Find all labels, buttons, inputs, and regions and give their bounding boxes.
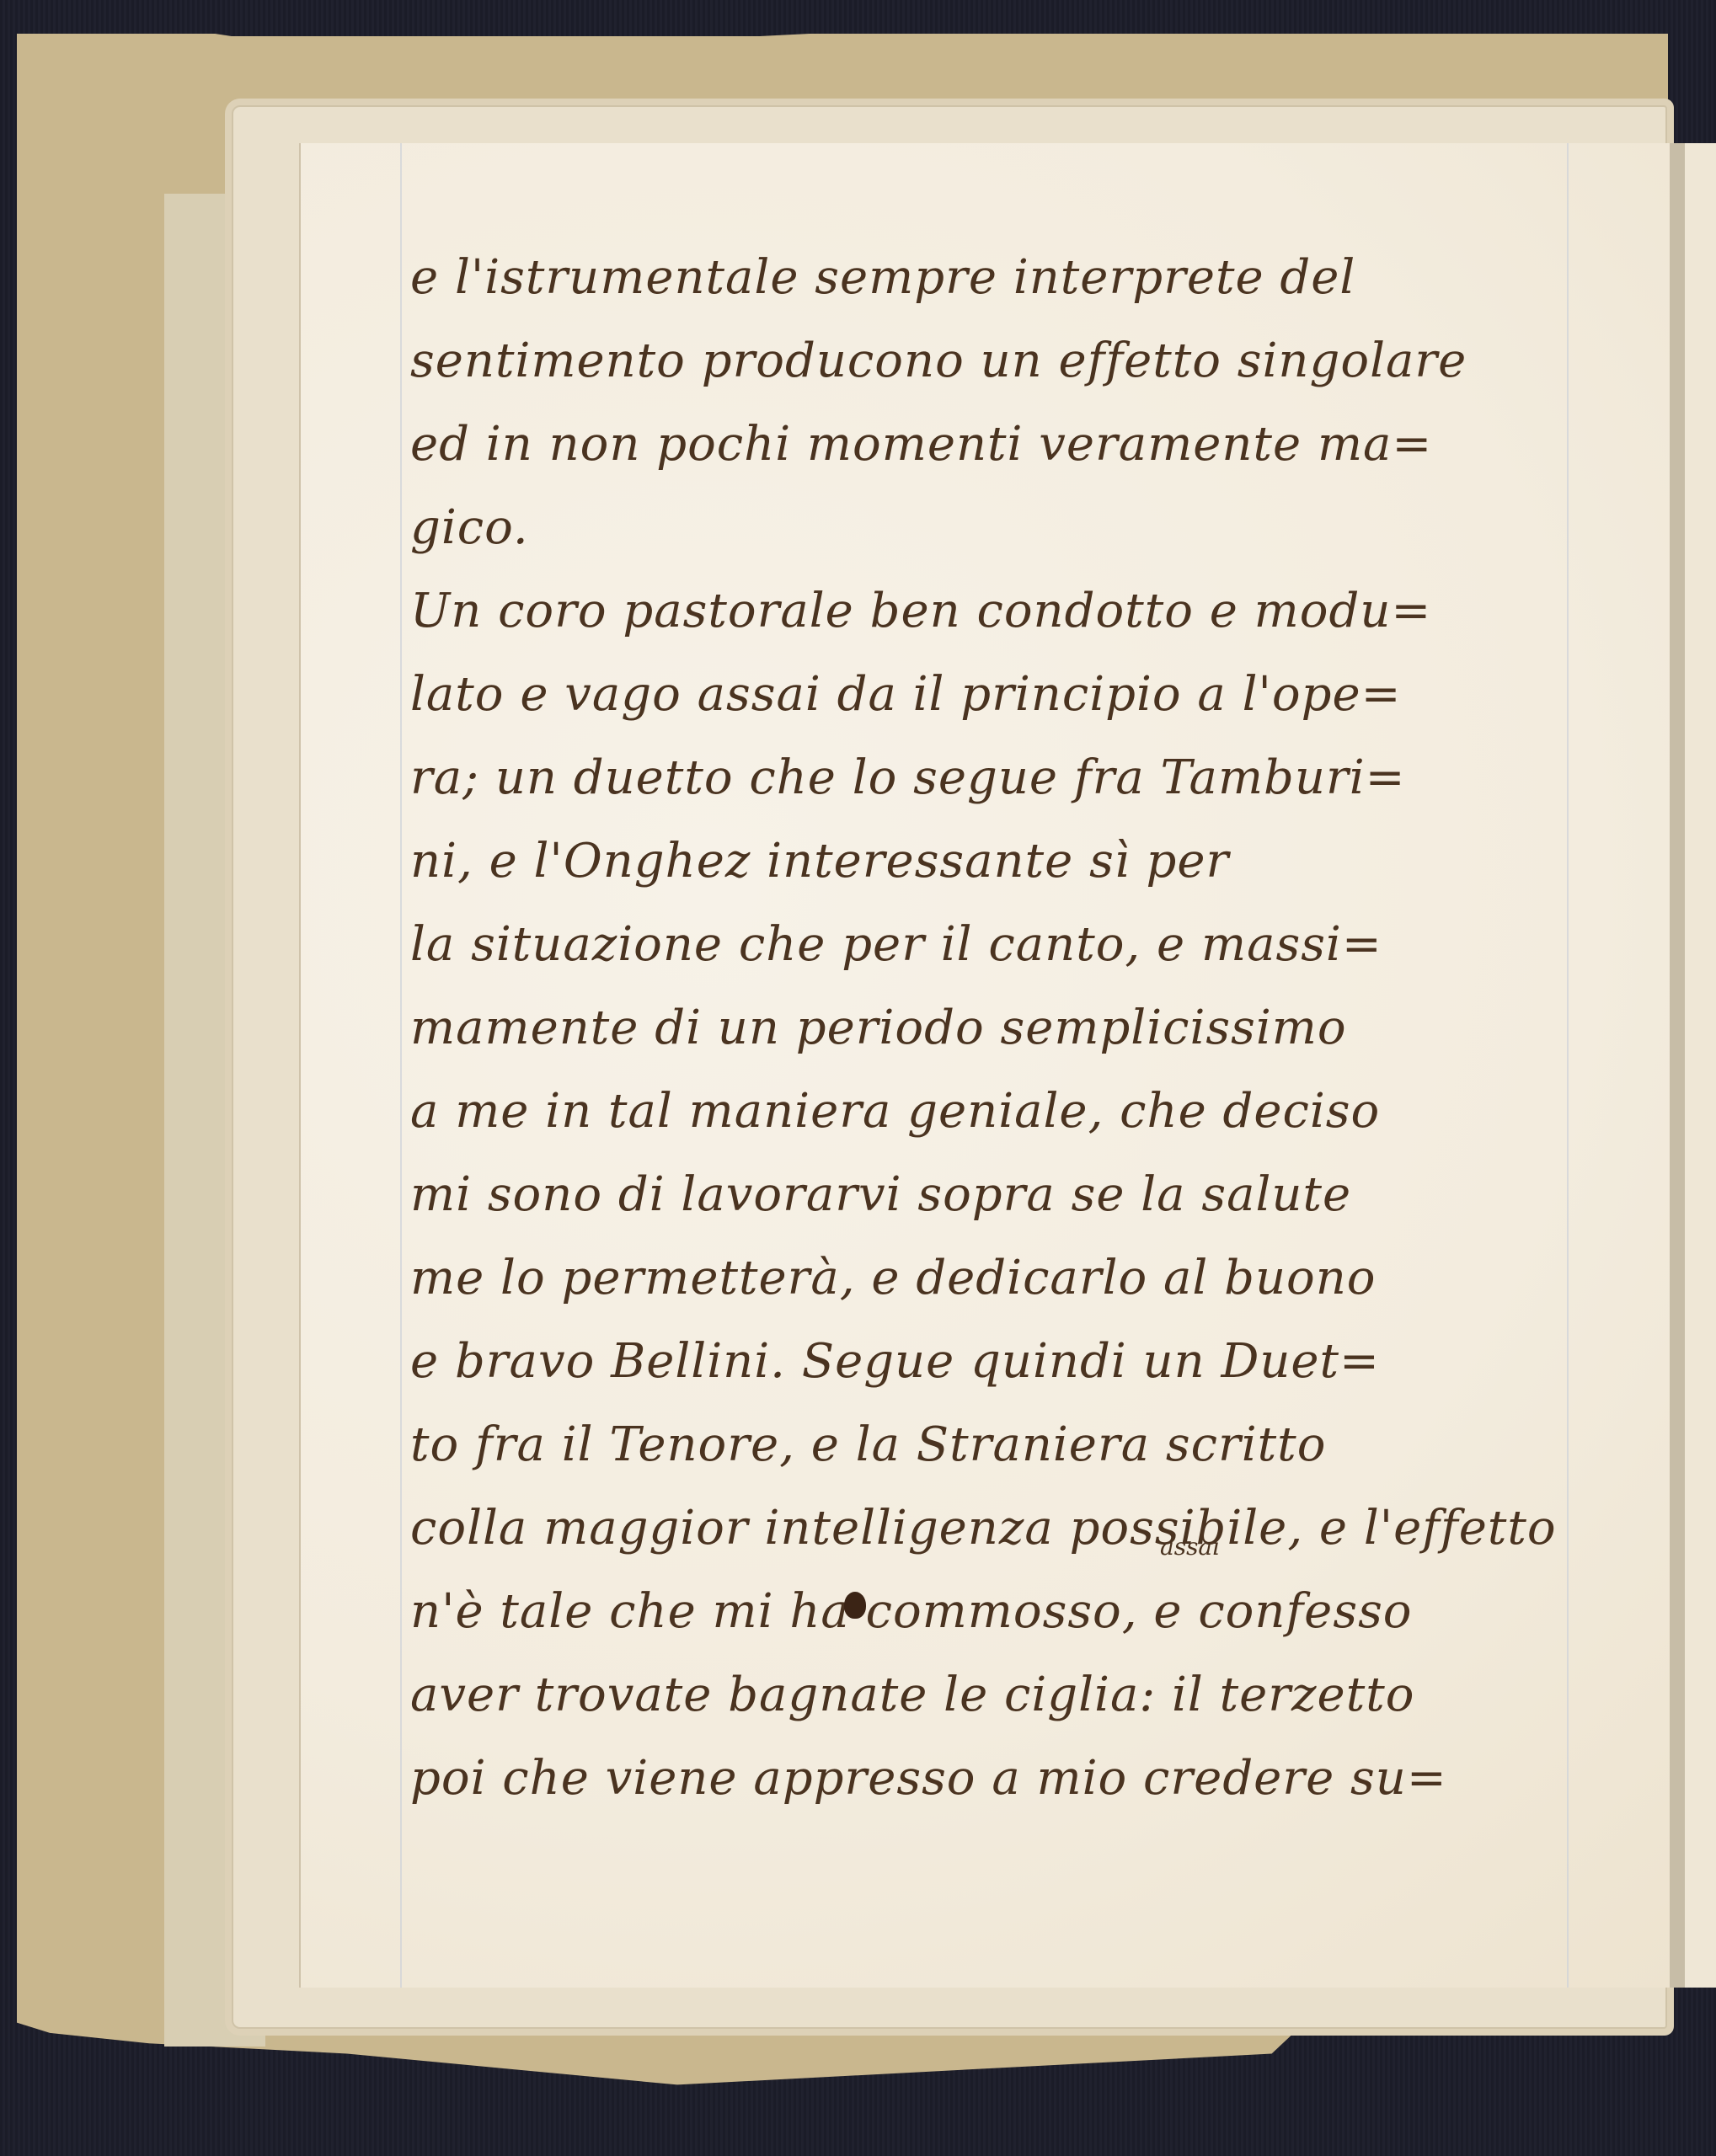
manuscript-page: e l'istrumentale sempre interprete del s… [299,143,1670,1988]
text-line: me lo permetterà, e dedicarlo al buono [410,1236,1573,1320]
text-line: Un coro pastorale ben condotto e modu= [410,569,1573,653]
text-line: poi che viene appresso a mio credere su= [410,1737,1573,1820]
margin-rule-left [400,143,402,1988]
ink-blot [844,1592,866,1619]
binding-gutter [1670,143,1685,1988]
text-line: lato e vago assai da il principio a l'op… [410,653,1573,736]
text-line: gico. [410,486,1573,569]
text-line: e bravo Bellini. Segue quindi un Duet= [410,1320,1573,1403]
text-line: la situazione che per il canto, e massi= [410,903,1573,986]
text-line: e l'istrumentale sempre interprete del [410,236,1573,319]
text-line: n'è tale che mi ha commosso, e confesso [410,1570,1573,1653]
text-line: aver trovate bagnate le ciglia: il terze… [410,1653,1573,1737]
text-line: ed in non pochi momenti veramente ma= [410,403,1573,486]
text-line: ra; un duetto che lo segue fra Tamburi= [410,736,1573,819]
handwritten-text: e l'istrumentale sempre interprete del s… [410,236,1573,1820]
text-line: a me in tal maniera geniale, che deciso [410,1070,1573,1153]
text-line: mi sono di lavorarvi sopra se la salute [410,1153,1573,1236]
text-line: mamente di un periodo semplicissimo [410,986,1573,1070]
text-line: colla maggior intelligenza possibile, e … [410,1486,1573,1570]
text-line: to fra il Tenore, e la Straniera scritto [410,1403,1573,1486]
facing-page-edge [1685,143,1716,1988]
interlinear-insertion: assai [1160,1533,1220,1561]
text-line: sentimento producono un effetto singolar… [410,319,1573,403]
text-line: ni, e l'Onghez interessante sì per [410,819,1573,903]
